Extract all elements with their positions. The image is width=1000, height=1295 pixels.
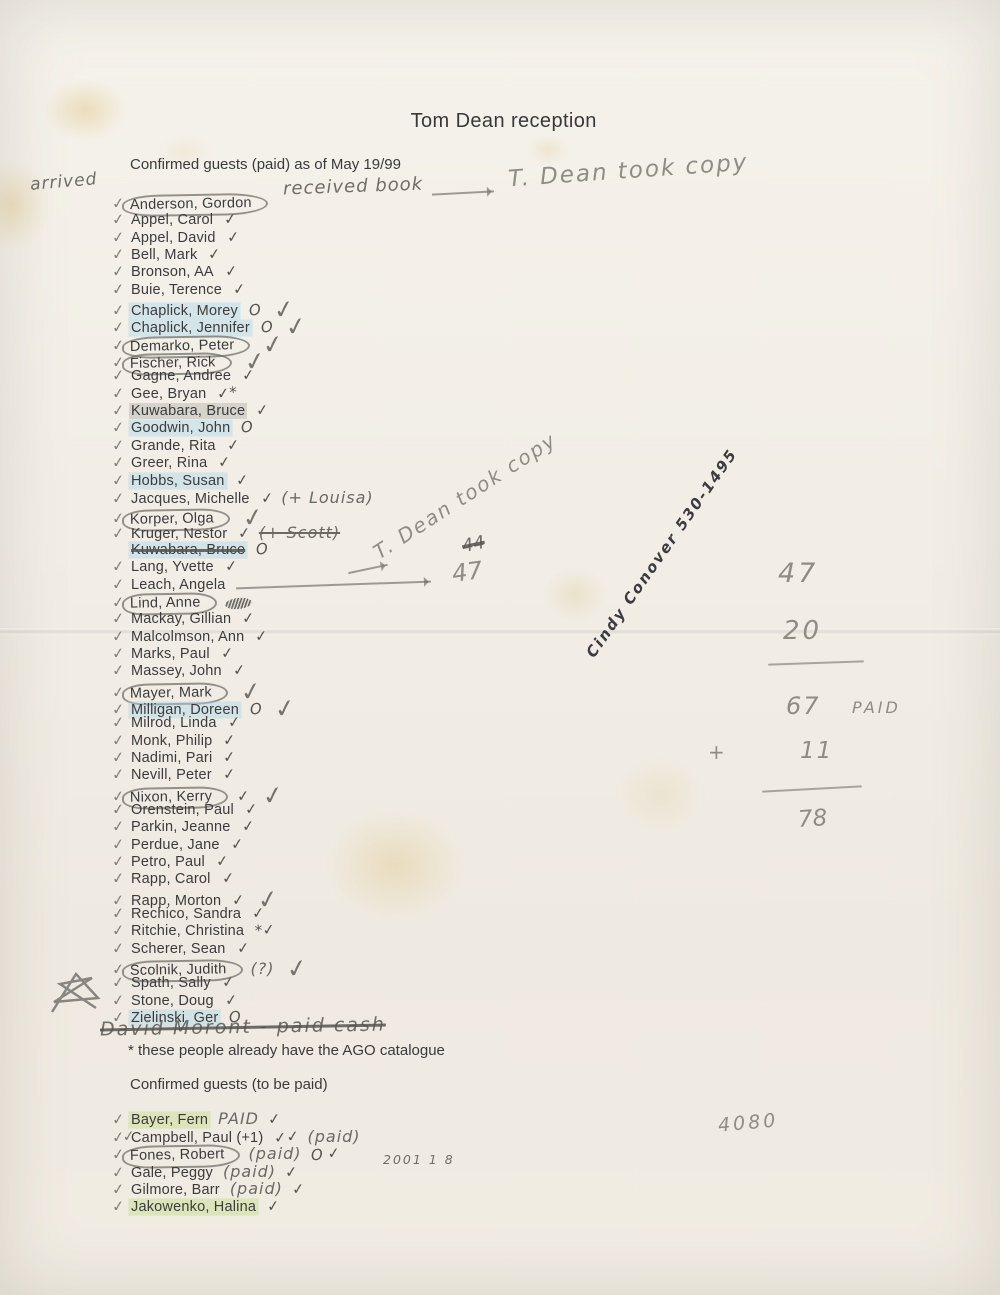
handwritten-crossed-name: David Moront - paid cash: [100, 1014, 386, 1041]
guest-name: Perdue, Jane: [129, 837, 222, 853]
guest-name: Bell, Mark: [129, 247, 199, 263]
paid-section-header: Confirmed guests (paid) as of May 19/99: [130, 156, 401, 173]
lead-checkmark: ✓: [111, 471, 130, 490]
tobepaid-section-header: Confirmed guests (to be paid): [130, 1076, 328, 1093]
lead-checkmark: ✓: [111, 263, 130, 282]
guest-row: ✓Scherer, Sean✓: [112, 940, 632, 957]
guest-row: ✓Jacques, Michelle✓(+ Louisa): [112, 489, 632, 506]
handwritten-note: (+ Scott): [259, 523, 340, 542]
guest-row: ✓Massey, John✓: [112, 662, 632, 679]
handwritten-mark: ✓: [224, 263, 238, 282]
guest-name: Nevill, Peter: [129, 767, 214, 783]
guest-row: ✓Kuwabara, Bruce✓: [112, 402, 632, 419]
guest-row: ✓Perdue, Jane✓: [112, 836, 632, 853]
tally-line-1: [768, 660, 864, 665]
handwritten-mark: O: [240, 419, 254, 437]
handwritten-mark: ✓: [223, 731, 237, 750]
handwritten-mark: ✓: [220, 644, 234, 663]
guest-row: ✓Gee, Bryan✓*: [112, 385, 632, 402]
handwritten-mark: ✓: [224, 558, 238, 577]
guest-name: Ritchie, Christina: [129, 923, 246, 939]
guest-name: Nadimi, Pari: [129, 750, 214, 766]
handwritten-mark: ✓: [223, 211, 237, 230]
handwritten-mark: ✓: [208, 245, 222, 264]
guest-row: ✓Fones, Robert(paid)O ✓: [112, 1145, 632, 1163]
handwritten-mark: ✓: [266, 1197, 280, 1216]
guest-name: Greer, Rina: [129, 455, 209, 471]
tally-grand-total: 78: [797, 805, 828, 833]
lead-checkmark: ✓: [111, 870, 130, 889]
handwritten-tdean-took-copy-top: T. Dean took copy: [507, 150, 749, 193]
guest-row: ✓Nevill, Peter✓: [112, 766, 632, 783]
guest-name: Parkin, Jeanne: [129, 819, 233, 835]
lead-checkmark: ✓: [111, 557, 130, 576]
lead-checkmark: ✓: [111, 766, 130, 785]
handwritten-mark: ✓: [267, 1110, 281, 1129]
guest-row: ✓Ritchie, Christina*✓: [112, 922, 632, 939]
lead-checkmark: ✓: [111, 280, 130, 299]
guest-row: ✓Nixon, Kerry✓✓: [112, 784, 632, 801]
guest-row: ✓Bell, Mark✓: [112, 246, 632, 263]
handwritten-mark: ✓: [232, 280, 246, 299]
handwritten-mark: ✓: [221, 870, 235, 889]
guest-name: Kruger, Nestor: [129, 526, 229, 542]
guest-row: ✓Parkin, Jeanne✓: [112, 818, 632, 835]
handwritten-mark: ✓: [260, 489, 274, 508]
guest-row: ✓Stone, Doug✓: [112, 992, 632, 1009]
handwritten-mark: *✓: [254, 921, 276, 940]
handwritten-mark: ✓*: [216, 384, 238, 403]
guest-row: ✓Buie, Terence✓: [112, 281, 632, 298]
guest-row: ✓Kruger, Nestor✓(+ Scott): [112, 524, 632, 541]
arrow-line: [236, 580, 431, 589]
handwritten-note: PAID: [218, 1109, 259, 1128]
guest-name: Leach, Angela: [129, 577, 228, 593]
guest-row: ✓Gale, Peggy(paid)✓: [112, 1163, 632, 1181]
handwritten-mark: ✓: [226, 228, 240, 247]
handwritten-mark: ✓: [255, 402, 269, 421]
guest-name: Orenstein, Paul: [129, 802, 236, 818]
lead-checkmark: ✓: [111, 713, 130, 732]
handwritten-mark: ✓: [237, 524, 251, 543]
tally-line-2: [762, 785, 862, 792]
guest-row: ✓Milligan, DoreenO✓: [112, 697, 632, 714]
handwritten-note: (paid): [248, 1144, 301, 1163]
guest-name: Spath, Sally: [129, 975, 213, 991]
guest-name: Marks, Paul: [129, 646, 212, 662]
guest-name: Monk, Philip: [129, 733, 214, 749]
tally-paid-label: PAID: [852, 698, 901, 717]
handwritten-4080: 4080: [717, 1109, 779, 1136]
guest-name: Appel, David: [129, 230, 218, 246]
guest-row: ✓Appel, David✓: [112, 229, 632, 246]
margin-scribble: [48, 968, 104, 1018]
guest-name: Bayer, Fern: [129, 1112, 210, 1128]
page-title: Tom Dean reception: [411, 110, 597, 133]
lead-checkmark: ✓: [111, 609, 130, 628]
lead-checkmark: ✓: [111, 1197, 130, 1216]
lead-checkmark: ✓: [111, 818, 130, 837]
guest-row: ✓Chaplick, MoreyO✓: [112, 298, 632, 315]
handwritten-arrived: arrived: [29, 169, 98, 195]
guest-row: ✓Orenstein, Paul✓: [112, 801, 632, 818]
tally-paid-count: 47: [778, 558, 818, 589]
guest-row: ✓Milrod, Linda✓: [112, 714, 632, 731]
tally-plus-sign: +: [708, 740, 725, 764]
handwritten-mark: ✓: [241, 610, 255, 629]
handwritten-mark: ✓: [221, 974, 235, 993]
scanned-document: Tom Dean reception Confirmed guests (pai…: [0, 0, 1000, 1295]
guest-name: Campbell, Paul (+1): [129, 1130, 265, 1146]
guest-row: ✓Lind, Anne: [112, 593, 632, 610]
guest-row: ✓Korper, Olga✓: [112, 506, 632, 523]
guest-name: Kuwabara, Bruce: [129, 403, 247, 419]
handwritten-small-note: 2001 1 8: [383, 1152, 455, 1167]
tally-tobepaid-count: 20: [783, 616, 822, 646]
guest-row: ✓Chaplick, JenniferO✓: [112, 315, 632, 332]
guest-name: Buie, Terence: [129, 282, 224, 298]
guest-name: Hobbs, Susan: [129, 473, 227, 489]
guest-name: Gagne, Andree: [129, 368, 233, 384]
handwritten-47-mid: 47: [450, 556, 484, 588]
lead-checkmark: ✓: [111, 974, 130, 993]
lead-checkmark: [112, 553, 129, 555]
tobepaid-guest-list: ✓Bayer, FernPAID✓✓✓Campbell, Paul (+1)✓✓…: [112, 1110, 632, 1216]
guest-row: ✓Mackay, Gillian✓: [112, 610, 632, 627]
handwritten-mark: ✓: [222, 766, 236, 785]
handwritten-mark: ✓: [241, 367, 255, 386]
lead-checkmark: ✓: [111, 922, 130, 941]
guest-name: Grande, Rita: [129, 438, 218, 454]
handwritten-mark: ✓: [255, 627, 269, 646]
lead-checkmark: ✓: [111, 939, 130, 958]
handwritten-mark: O: [255, 540, 269, 558]
guest-name: Rechico, Sandra: [129, 906, 243, 922]
guest-name: Gale, Peggy: [129, 1165, 215, 1181]
guest-row: ✓Scolnik, Judith(?)✓: [112, 957, 632, 974]
handwritten-mark: ✓: [236, 939, 250, 958]
tally-extra: 11: [800, 738, 833, 764]
lead-checkmark: ✓: [111, 661, 130, 680]
guest-row: ✓Marks, Paul✓: [112, 645, 632, 662]
guest-row: ✓Bronson, AA✓: [112, 263, 632, 280]
guest-name: Jacques, Michelle: [129, 491, 252, 507]
guest-name: Malcolmson, Ann: [129, 629, 246, 645]
guest-row: ✓Malcolmson, Ann✓: [112, 628, 632, 645]
guest-name: Jakowenko, Halina: [129, 1199, 258, 1215]
guest-name: Gee, Bryan: [129, 386, 208, 402]
guest-name: Gilmore, Barr: [129, 1182, 222, 1198]
guest-row: ✓Jakowenko, Halina✓: [112, 1198, 632, 1216]
guest-row: ✓Demarko, Peter✓: [112, 333, 632, 350]
guest-row: ✓✓Campbell, Paul (+1)✓✓(paid): [112, 1128, 632, 1146]
guest-row: ✓Fischer, Rick✓: [112, 350, 632, 367]
handwritten-note: (paid): [308, 1127, 361, 1146]
guest-row: ✓Mayer, Mark✓: [112, 680, 632, 697]
guest-name: Bronson, AA: [129, 264, 216, 280]
paid-guest-list: ✓Anderson, Gordon✓Appel, Carol✓✓Appel, D…: [112, 194, 632, 1027]
guest-row: ✓Appel, Carol✓: [112, 211, 632, 228]
footnote: * these people already have the AGO cata…: [128, 1042, 445, 1059]
guest-row: ✓Greer, Rina✓: [112, 454, 632, 471]
guest-row: ✓Anderson, Gordon: [112, 194, 632, 211]
lead-checkmark: ✓: [111, 419, 130, 438]
guest-row: ✓Petro, Paul✓: [112, 853, 632, 870]
handwritten-note: (+ Louisa): [281, 488, 373, 507]
guest-name: Mackay, Gillian: [129, 611, 233, 627]
guest-name: Goodwin, John: [129, 420, 232, 436]
guest-name: Appel, Carol: [129, 212, 215, 228]
tally-subtotal: 67: [786, 692, 821, 720]
guest-name: Massey, John: [129, 663, 224, 679]
handwritten-mark: ✓: [235, 471, 249, 490]
lead-checkmark: ✓: [111, 489, 130, 508]
guest-name: Rapp, Carol: [129, 871, 213, 887]
guest-row: ✓Bayer, FernPAID✓: [112, 1110, 632, 1128]
guest-name: Lang, Yvette: [129, 559, 216, 575]
guest-name: Kuwabara, Bruce: [129, 542, 247, 558]
lead-checkmark: ✓: [111, 211, 130, 230]
handwritten-mark: ✓: [241, 818, 255, 837]
guest-row: ✓Rechico, Sandra✓: [112, 905, 632, 922]
handwritten-mark: ✓: [291, 1181, 305, 1200]
guest-row: ✓Gagne, Andree✓: [112, 367, 632, 384]
handwritten-mark: ✓: [217, 454, 231, 473]
guest-row: ✓Leach, Angela: [112, 576, 632, 593]
guest-name: Milrod, Linda: [129, 715, 219, 731]
guest-row: ✓Rapp, Carol✓: [112, 870, 632, 887]
guest-row: ✓Gilmore, Barr(paid)✓: [112, 1180, 632, 1198]
handwritten-mark: ✓: [230, 835, 244, 854]
handwritten-note: (paid): [230, 1179, 283, 1198]
guest-name: Scherer, Sean: [129, 941, 228, 957]
guest-name: Stone, Doug: [129, 993, 216, 1009]
guest-row: ✓Spath, Sally✓: [112, 974, 632, 991]
guest-row: ✓Goodwin, JohnO: [112, 419, 632, 436]
guest-row: ✓Hobbs, Susan✓: [112, 472, 632, 489]
lead-checkmark: ✓: [111, 367, 130, 386]
lead-checkmark: ✓: [111, 524, 130, 543]
guest-name: Petro, Paul: [129, 854, 207, 870]
guest-row: ✓Rapp, Morton✓✓: [112, 888, 632, 905]
lead-checkmark: ✓: [111, 575, 130, 594]
guest-row: ✓Monk, Philip✓: [112, 732, 632, 749]
guest-row: ✓Nadimi, Pari✓: [112, 749, 632, 766]
lead-checkmark: ✓: [111, 453, 130, 472]
handwritten-note: (paid): [223, 1162, 276, 1181]
